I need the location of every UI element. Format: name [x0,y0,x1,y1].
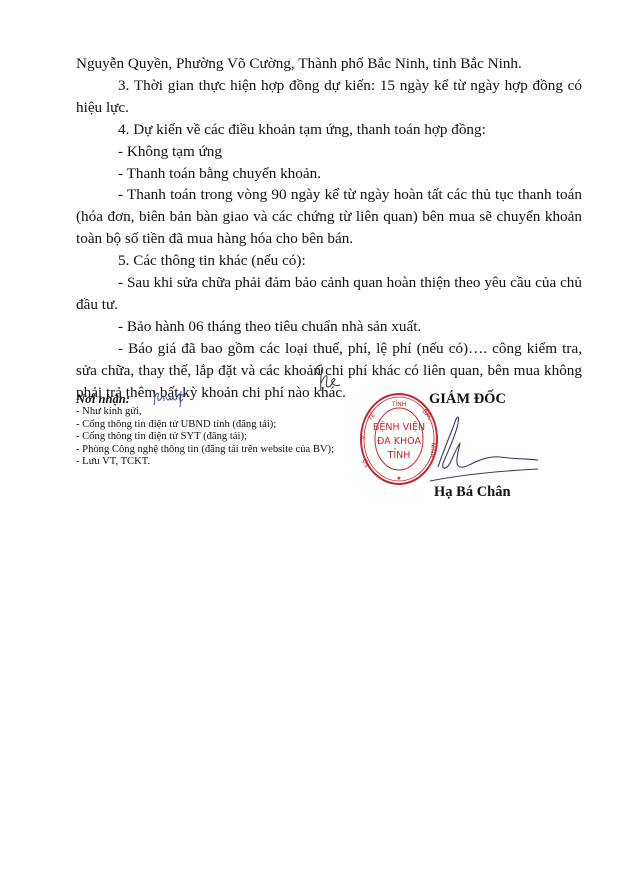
recipient-item: - Như kính gửi, [76,406,376,419]
recipients-title: Nơi nhận: [76,392,376,406]
paragraph-contract-duration: 3. Thời gian thực hiện hợp đồng dự kiến:… [76,75,582,119]
recipient-item: - Lưu VT, TCKT. [76,456,376,469]
recipient-item: - Cổng thông tin điện tử UBND tỉnh (đăng… [76,419,376,432]
svg-text:★: ★ [396,475,401,482]
signer-name: Hạ Bá Chân [434,484,511,501]
paragraph-payment-terms-heading: 4. Dự kiến về các điều khoản tạm ứng, th… [76,119,582,141]
paragraph-other-info-heading: 5. Các thông tin khác (nếu có): [76,250,582,272]
paragraph-address-continued: Nguyễn Quyền, Phường Võ Cường, Thành phố… [76,53,582,75]
stamp-line-3: TỈNH [387,449,411,461]
stamp-line-1: BỆNH VIỆN [373,421,425,433]
paragraph-warranty: - Bảo hành 06 tháng theo tiêu chuẩn nhà … [76,316,582,338]
paragraph-no-advance: - Không tạm ứng [76,141,582,163]
recipients-block: Nơi nhận: - Như kính gửi, - Cổng thông t… [76,392,376,469]
svg-text:SỞ: SỞ [361,457,372,468]
document-page: Nguyễn Quyền, Phường Võ Cường, Thành phố… [0,0,637,888]
document-body: Nguyễn Quyền, Phường Võ Cường, Thành phố… [76,53,582,404]
paragraph-landscape-requirement: - Sau khi sửa chữa phải đảm bảo cảnh qua… [76,272,582,316]
handwritten-initial-icon [150,387,188,409]
handwritten-initial-icon [312,361,344,393]
director-signature-icon [420,405,540,485]
recipient-item: - Phòng Công nghệ thông tin (đăng tải tr… [76,444,376,457]
recipient-item: - Cổng thông tin điện tử SYT (đăng tải); [76,431,376,444]
svg-text:TỈNH: TỈNH [391,400,406,408]
stamp-line-2: ĐA KHOA [377,436,421,447]
paragraph-payment-deadline: - Thanh toán trong vòng 90 ngày kể từ ng… [76,184,582,250]
paragraph-bank-transfer: - Thanh toán bằng chuyển khoản. [76,163,582,185]
